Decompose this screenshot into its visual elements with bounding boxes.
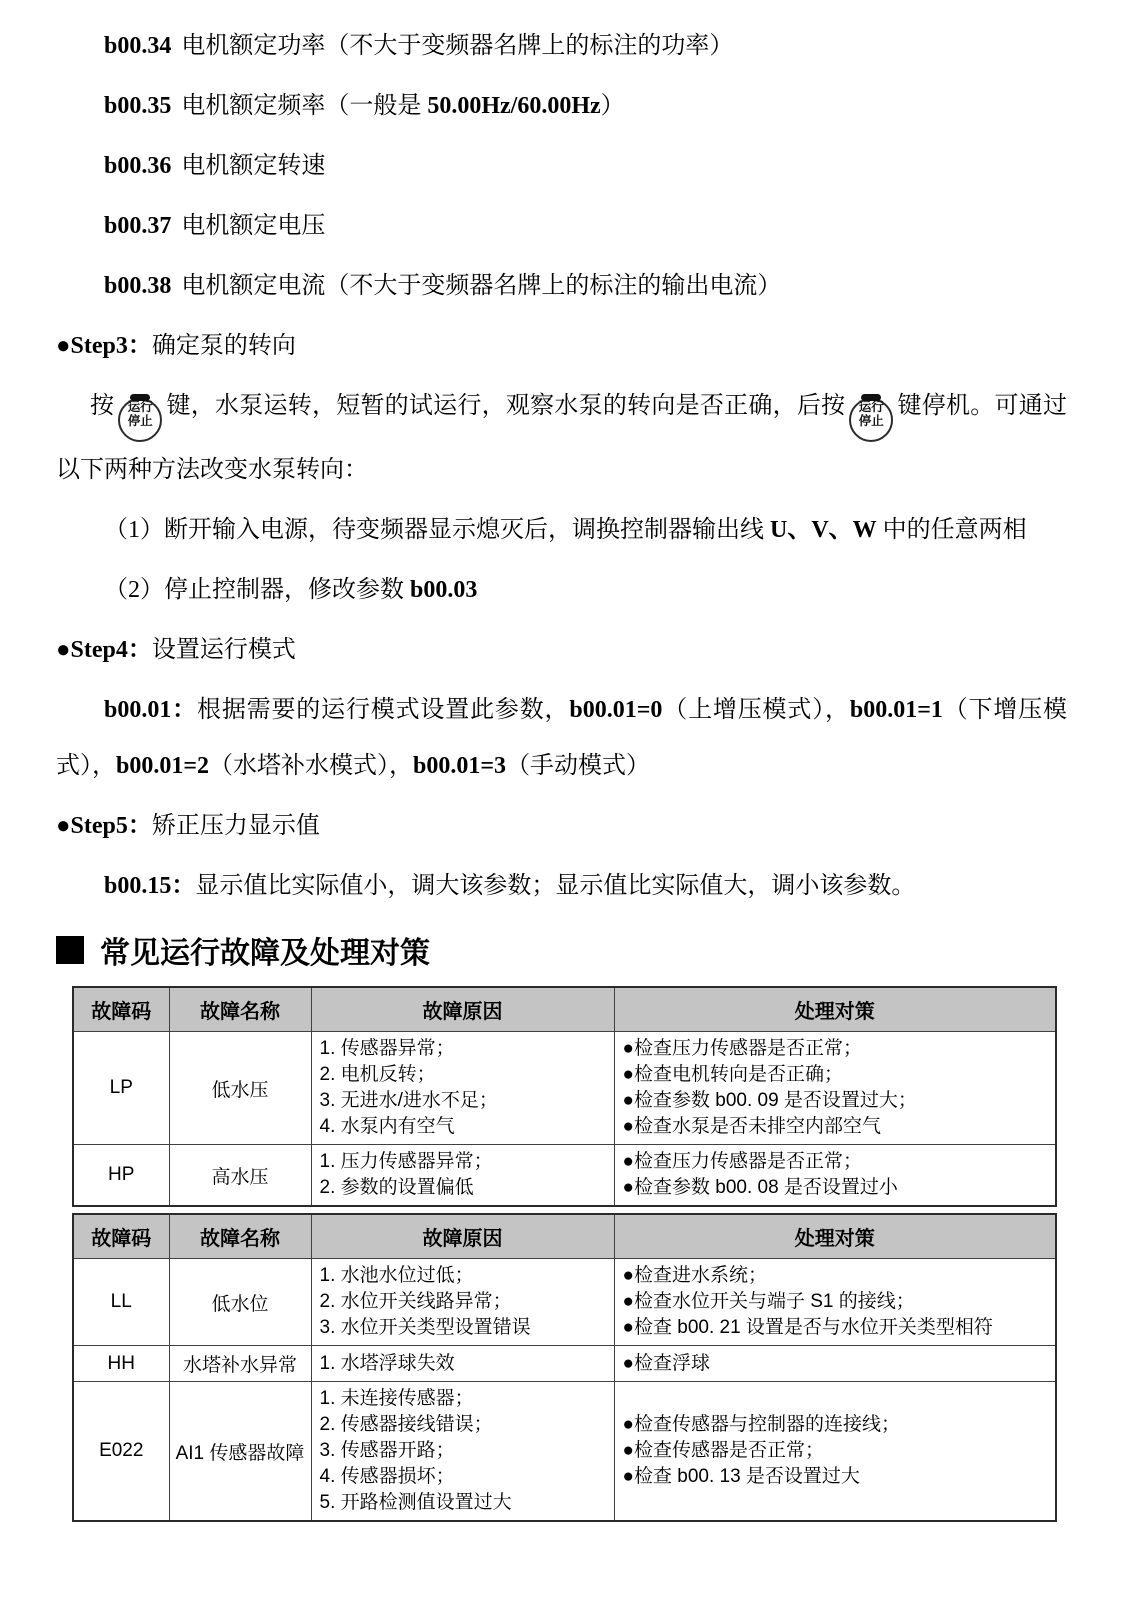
col-header-fault-name: 故障名称 [169,1214,311,1259]
param-line-b00-36: b00.36电机额定转速 [56,138,1067,194]
cause-line: 1. 未连接传感器； [320,1386,608,1412]
param-text: 电机额定电流（不大于变频器名牌上的标注的输出电流） [181,273,781,299]
col-header-fault-cause: 故障原因 [311,1214,614,1259]
action-line: ●检查水泵是否未排空内部空气 [623,1114,1050,1140]
fault-actions: ●检查压力传感器是否正常； ●检查参数 b00. 08 是否设置过小 [614,1145,1056,1207]
table-row-e022: E022 AI1 传感器故障 1. 未连接传感器； 2. 传感器接线错误； 3.… [73,1382,1056,1522]
param-line-b00-38: b00.38电机额定电流（不大于变频器名牌上的标注的输出电流） [56,258,1067,314]
fault-causes: 1. 未连接传感器； 2. 传感器接线错误； 3. 传感器开路； 4. 传感器损… [311,1382,614,1522]
step3-label: ●Step3： [56,333,152,359]
key-label-run: 运行 [120,400,160,414]
step3-text: 键，水泵运转，短暂的试运行，观察水泵的转向是否正确，后按 [166,393,845,419]
cause-line: 3. 水位开关类型设置错误 [320,1315,608,1341]
action-line: ●检查传感器与控制器的连接线； [623,1412,1050,1438]
step3-title: 确定泵的转向 [152,333,296,359]
step4-text: 根据需要的运行模式设置此参数， [197,697,569,723]
table-header-row: 故障码 故障名称 故障原因 处理对策 [73,987,1056,1032]
fault-code: LP [73,1032,169,1145]
param-line-b00-35: b00.35电机额定频率（一般是 50.00Hz/60.00Hz） [56,78,1067,134]
step4-text: （上增压模式）， [662,697,849,723]
step4-bold: b00.01： [104,697,197,723]
param-code: b00.36 [104,153,171,179]
param-text: 电机额定电压 [181,213,325,239]
step4-title: 设置运行模式 [152,637,296,663]
table-header-row: 故障码 故障名称 故障原因 处理对策 [73,1214,1056,1259]
cause-line: 3. 无进水/进水不足； [320,1088,608,1114]
fault-name: AI1 传感器故障 [169,1382,311,1522]
fault-code: HP [73,1145,169,1207]
action-line: ●检查传感器是否正常； [623,1438,1050,1464]
step5-heading: ●Step5：矫正压力显示值 [56,798,1067,854]
fault-name: 水塔补水异常 [169,1346,311,1382]
fault-name: 低水压 [169,1032,311,1145]
cause-line: 2. 参数的设置偏低 [320,1175,608,1201]
action-line: ●检查参数 b00. 09 是否设置过大； [623,1088,1050,1114]
key-bar-glyph [861,394,881,401]
step3-paragraph: 按运行停止键，水泵运转，短暂的试运行，观察水泵的转向是否正确，后按运行停止键停机… [56,378,1067,498]
step3-text: 键停机。 [897,393,994,419]
fault-table-pressure: 故障码 故障名称 故障原因 处理对策 LP 低水压 1. 传感器异常； 2. 电… [72,986,1057,1207]
fault-name: 高水压 [169,1145,311,1207]
step4-bold: b00.01=2 [116,753,209,779]
step4-text: （水塔补水模式）， [209,753,413,779]
action-line: ●检查水位开关与端子 S1 的接线； [623,1289,1050,1315]
step4-text: （手动模式） [506,753,650,779]
table-row-hh: HH 水塔补水异常 1. 水塔浮球失效 ●检查浮球 [73,1346,1056,1382]
action-line: ●检查压力传感器是否正常； [623,1036,1050,1062]
col-header-fault-name: 故障名称 [169,987,311,1032]
cause-line: 1. 传感器异常； [320,1036,608,1062]
method1-paragraph: （1）断开输入电源，待变频器显示熄灭后，调换控制器输出线 U、V、W 中的任意两… [56,502,1067,558]
action-line: ●检查参数 b00. 08 是否设置过小 [623,1175,1050,1201]
fault-causes: 1. 压力传感器异常； 2. 参数的设置偏低 [311,1145,614,1207]
table-row-hp: HP 高水压 1. 压力传感器异常； 2. 参数的设置偏低 ●检查压力传感器是否… [73,1145,1056,1207]
step3-heading: ●Step3：确定泵的转向 [56,318,1067,374]
fault-actions: ●检查进水系统； ●检查水位开关与端子 S1 的接线； ●检查 b00. 21 … [614,1259,1056,1346]
fault-table-level: 故障码 故障名称 故障原因 处理对策 LL 低水位 1. 水池水位过低； 2. … [72,1213,1057,1522]
step4-heading: ●Step4：设置运行模式 [56,622,1067,678]
method1-bold: U、V、W [770,517,877,543]
cause-line: 2. 电机反转； [320,1062,608,1088]
cause-line: 1. 压力传感器异常； [320,1149,608,1175]
fault-causes: 1. 水塔浮球失效 [311,1346,614,1382]
section-heading: 常见运行故障及处理对策 [56,928,1067,972]
cause-line: 4. 水泵内有空气 [320,1114,608,1140]
step4-bold: b00.01=3 [413,753,506,779]
step5-text: 显示值比实际值小，调大该参数；显示值比实际值大，调小该参数。 [195,873,915,899]
key-label-stop: 停止 [851,414,891,428]
param-line-b00-34: b00.34电机额定功率（不大于变频器名牌上的标注的功率） [56,18,1067,74]
fault-code: HH [73,1346,169,1382]
action-line: ●检查 b00. 13 是否设置过大 [623,1464,1050,1490]
cause-line: 3. 传感器开路； [320,1438,608,1464]
cause-line: 2. 水位开关线路异常； [320,1289,608,1315]
param-text: 电机额定功率（不大于变频器名牌上的标注的功率） [181,33,733,59]
param-text: 电机额定转速 [181,153,325,179]
method2-text: （2）停止控制器，修改参数 [104,577,410,603]
method1-text: （1）断开输入电源，待变频器显示熄灭后，调换控制器输出线 [104,517,770,543]
fault-causes: 1. 水池水位过低； 2. 水位开关线路异常； 3. 水位开关类型设置错误 [311,1259,614,1346]
col-header-fault-code: 故障码 [73,1214,169,1259]
cause-line: 2. 传感器接线错误； [320,1412,608,1438]
cause-line: 1. 水池水位过低； [320,1263,608,1289]
method2-paragraph: （2）停止控制器，修改参数 b00.03 [56,562,1067,618]
run-stop-key-icon: 运行停止 [118,398,162,442]
section-heading-text: 常见运行故障及处理对策 [100,928,430,972]
step4-bold: b00.01=0 [569,697,662,723]
step4-paragraph: b00.01：根据需要的运行模式设置此参数，b00.01=0（上增压模式），b0… [56,682,1067,794]
param-code: b00.35 [104,93,171,119]
step4-bold: b00.01=1 [850,697,943,723]
run-stop-key-icon: 运行停止 [849,398,893,442]
action-line: ●检查压力传感器是否正常； [623,1149,1050,1175]
param-text: ） [601,93,625,119]
manual-page: b00.34电机额定功率（不大于变频器名牌上的标注的功率） b00.35电机额定… [0,0,1131,1600]
table-row-lp: LP 低水压 1. 传感器异常； 2. 电机反转； 3. 无进水/进水不足； 4… [73,1032,1056,1145]
step3-text: 按 [90,393,114,419]
key-label-stop: 停止 [120,414,160,428]
action-line: ●检查浮球 [623,1351,1050,1377]
key-label-run: 运行 [851,400,891,414]
fault-actions: ●检查浮球 [614,1346,1056,1382]
col-header-fault-cause: 故障原因 [311,987,614,1032]
fault-name: 低水位 [169,1259,311,1346]
param-text: 电机额定频率（一般是 [181,93,427,119]
fault-actions: ●检查压力传感器是否正常； ●检查电机转向是否正确； ●检查参数 b00. 09… [614,1032,1056,1145]
method1-text: 中的任意两相 [877,517,1027,543]
action-line: ●检查电机转向是否正确； [623,1062,1050,1088]
step5-label: ●Step5： [56,813,152,839]
action-line: ●检查进水系统； [623,1263,1050,1289]
cause-line: 1. 水塔浮球失效 [320,1351,608,1377]
cause-line: 4. 传感器损坏； [320,1464,608,1490]
fault-actions: ●检查传感器与控制器的连接线； ●检查传感器是否正常； ●检查 b00. 13 … [614,1382,1056,1522]
action-line: ●检查 b00. 21 设置是否与水位开关类型相符 [623,1315,1050,1341]
param-bold-value: 50.00Hz/60.00Hz [427,93,600,119]
step4-label: ●Step4： [56,637,152,663]
fault-code: LL [73,1259,169,1346]
step5-bold: b00.15： [104,873,195,899]
step5-paragraph: b00.15：显示值比实际值小，调大该参数；显示值比实际值大，调小该参数。 [56,858,1067,914]
section-marker-square-icon [56,936,84,964]
fault-code: E022 [73,1382,169,1522]
col-header-fault-action: 处理对策 [614,987,1056,1032]
col-header-fault-action: 处理对策 [614,1214,1056,1259]
param-code: b00.37 [104,213,171,239]
method2-bold: b00.03 [410,577,477,603]
key-bar-glyph [130,394,150,401]
col-header-fault-code: 故障码 [73,987,169,1032]
param-code: b00.38 [104,273,171,299]
param-code: b00.34 [104,33,171,59]
table-row-ll: LL 低水位 1. 水池水位过低； 2. 水位开关线路异常； 3. 水位开关类型… [73,1259,1056,1346]
param-line-b00-37: b00.37电机额定电压 [56,198,1067,254]
cause-line: 5. 开路检测值设置过大 [320,1490,608,1516]
step5-title: 矫正压力显示值 [152,813,320,839]
fault-causes: 1. 传感器异常； 2. 电机反转； 3. 无进水/进水不足； 4. 水泵内有空… [311,1032,614,1145]
